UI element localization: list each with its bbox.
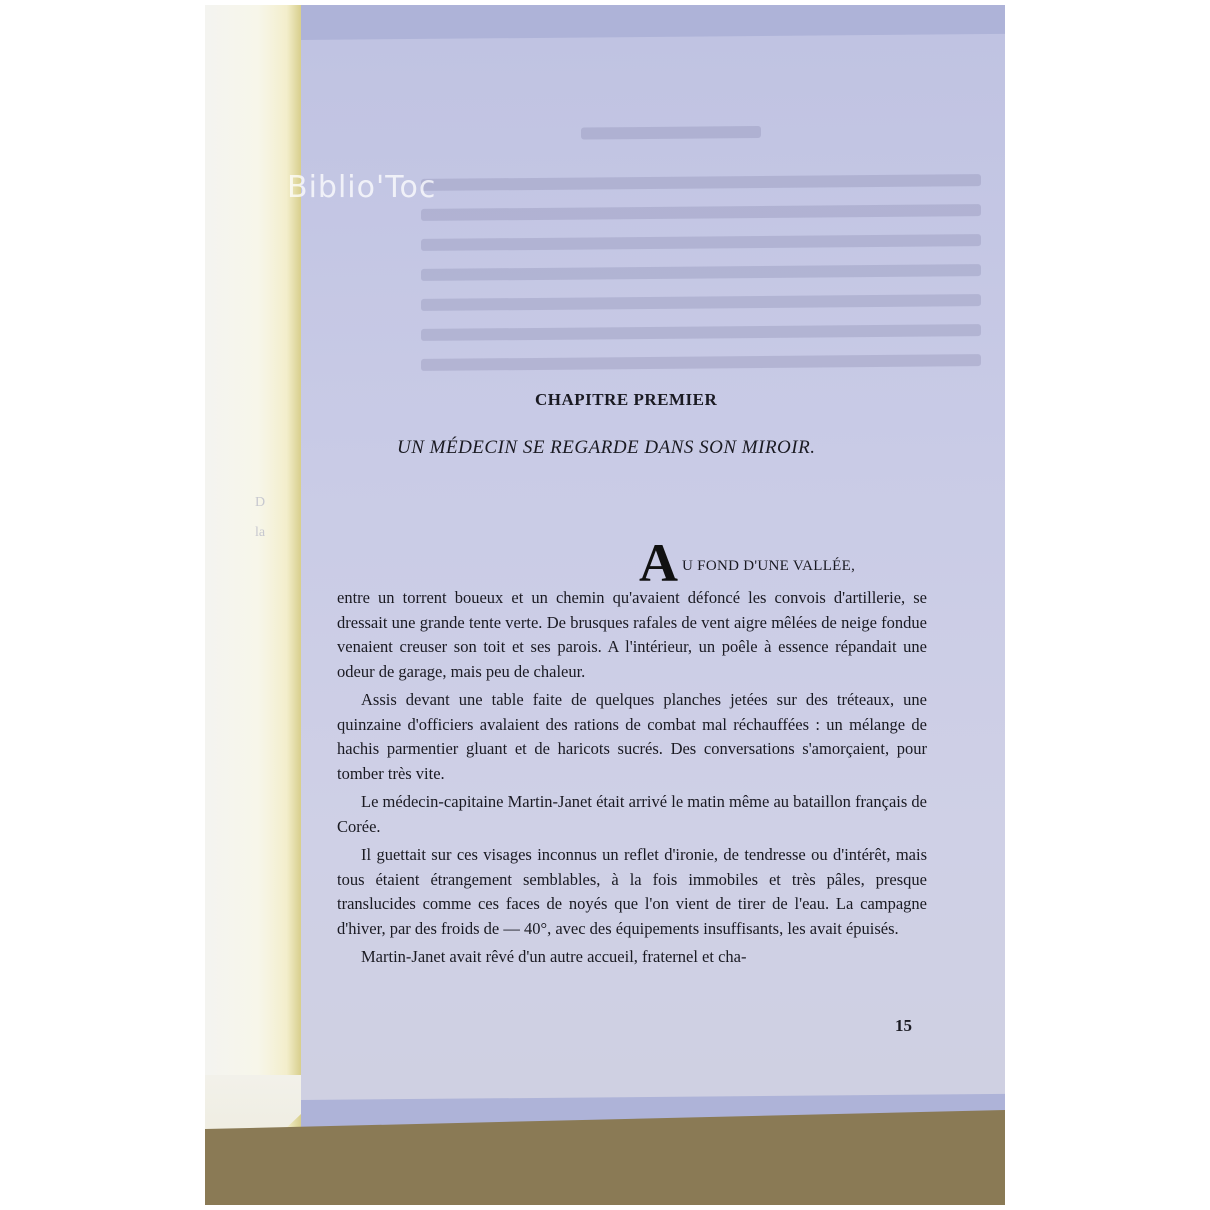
paragraph: Le médecin-capitaine Martin-Janet était …: [337, 790, 927, 839]
body-text: A U FOND D'UNE VALLÉE, entre un torrent …: [337, 540, 927, 970]
paragraph: Assis devant une table faite de quelques…: [337, 688, 927, 786]
bleed-through-line: [421, 324, 981, 341]
opening-line: A U FOND D'UNE VALLÉE,: [337, 540, 927, 586]
bleed-through-line: [581, 126, 761, 140]
bleed-through-line: [421, 294, 981, 311]
bleed-through-line: [421, 264, 981, 281]
chapter-title: UN MÉDECIN SE REGARDE DANS SON MIROIR.: [397, 437, 815, 459]
bleed-through-line: [421, 174, 981, 191]
watermark: Biblio'Toc: [287, 170, 436, 205]
bleed-through-line: [421, 204, 981, 221]
bleed-through-text: la: [255, 525, 265, 541]
drop-cap-continuation: U FOND D'UNE VALLÉE,: [682, 558, 855, 575]
paragraph: Martin-Janet avait rêvé d'un autre accue…: [337, 945, 927, 970]
bleed-through-line: [421, 354, 981, 371]
page-number: 15: [895, 1016, 912, 1036]
chapter-heading: CHAPITRE PREMIER: [535, 390, 717, 410]
paragraph: Il guettait sur ces visages inconnus un …: [337, 843, 927, 941]
paragraph: entre un torrent boueux et un chemin qu'…: [337, 586, 927, 684]
bleed-through-line: [421, 234, 981, 251]
table-surface: [205, 1110, 1005, 1205]
drop-cap: A: [639, 532, 678, 594]
bleed-through-text: D: [255, 495, 265, 511]
